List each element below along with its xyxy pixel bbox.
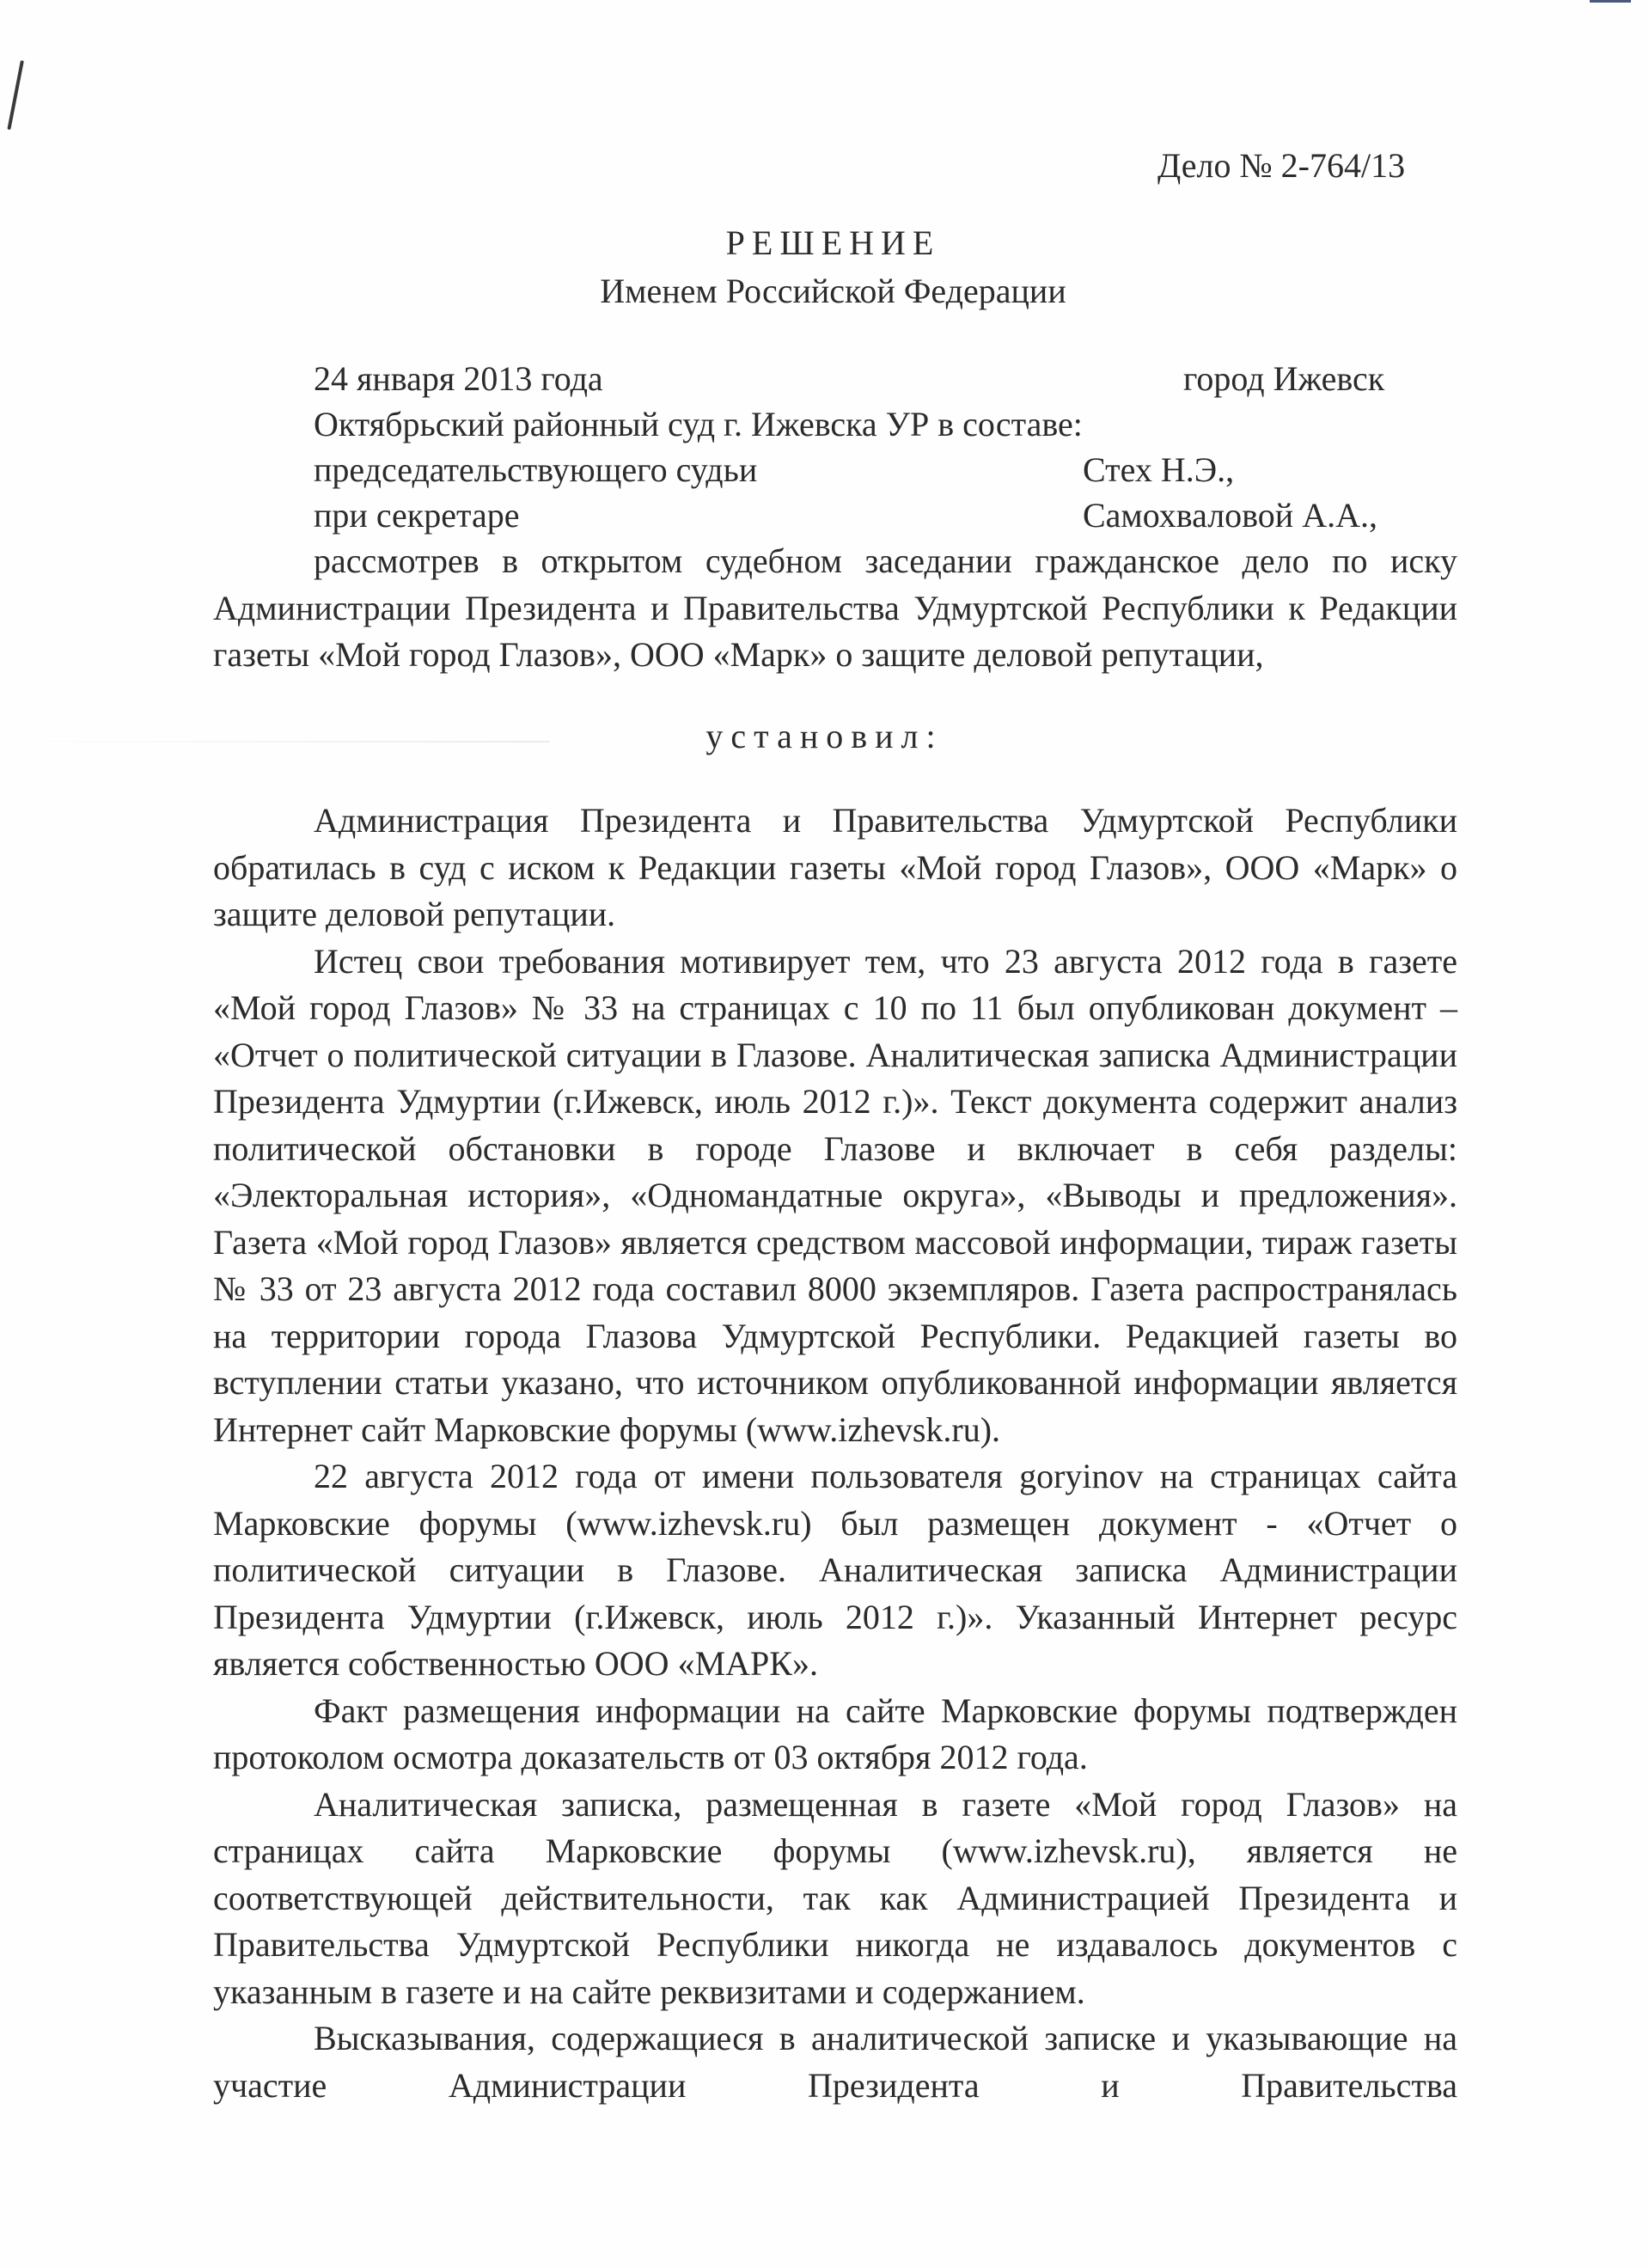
scan-corner-mark [1590, 0, 1631, 3]
secretary-name: Самохваловой А.А., [1083, 492, 1377, 538]
body-paragraph: Администрация Президента и Правительства… [213, 798, 1457, 938]
pen-stroke-mark [7, 60, 24, 130]
secretary-label: при секретаре [314, 496, 519, 535]
document-title: РЕШЕНИЕ [0, 222, 1649, 265]
secretary-row: при секретаре Самохваловой А.А., [314, 492, 1457, 538]
body-paragraph: 22 августа 2012 года от имени пользовате… [213, 1453, 1457, 1688]
court-name: Октябрьский районный суд г. Ижевска УР в… [314, 405, 1083, 443]
decision-date: 24 января 2013 года [314, 359, 603, 398]
document-page: Дело № 2-764/13 РЕШЕНИЕ Именем Российско… [0, 0, 1649, 2268]
date-city-row: 24 января 2013 года город Ижевск [314, 356, 1457, 401]
intro-paragraph: рассмотрев в открытом судебном заседании… [213, 538, 1457, 679]
intro-paragraph-block: рассмотрев в открытом судебном заседании… [213, 538, 1457, 679]
established-heading: установил: [0, 715, 1649, 758]
body-paragraph: Истец свои требования мотивирует тем, чт… [213, 938, 1457, 1454]
main-body: Администрация Президента и Правительства… [213, 798, 1457, 2109]
body-paragraph: Факт размещения информации на сайте Марк… [213, 1688, 1457, 1782]
judge-label: председательствующего судьи [314, 450, 757, 489]
body-paragraph: Высказывания, содержащиеся в аналитическ… [213, 2015, 1457, 2109]
case-number: Дело № 2-764/13 [1157, 144, 1405, 187]
document-subtitle: Именем Российской Федерации [0, 270, 1649, 313]
judge-row: председательствующего судьи Стех Н.Э., [314, 447, 1457, 492]
court-row: Октябрьский районный суд г. Ижевска УР в… [314, 401, 1457, 447]
judge-name: Стех Н.Э., [1083, 447, 1234, 492]
body-paragraph: Аналитическая записка, размещенная в газ… [213, 1782, 1457, 2016]
decision-city: город Ижевск [1183, 356, 1384, 401]
court-header-block: 24 января 2013 года город Ижевск Октябрь… [314, 356, 1457, 538]
